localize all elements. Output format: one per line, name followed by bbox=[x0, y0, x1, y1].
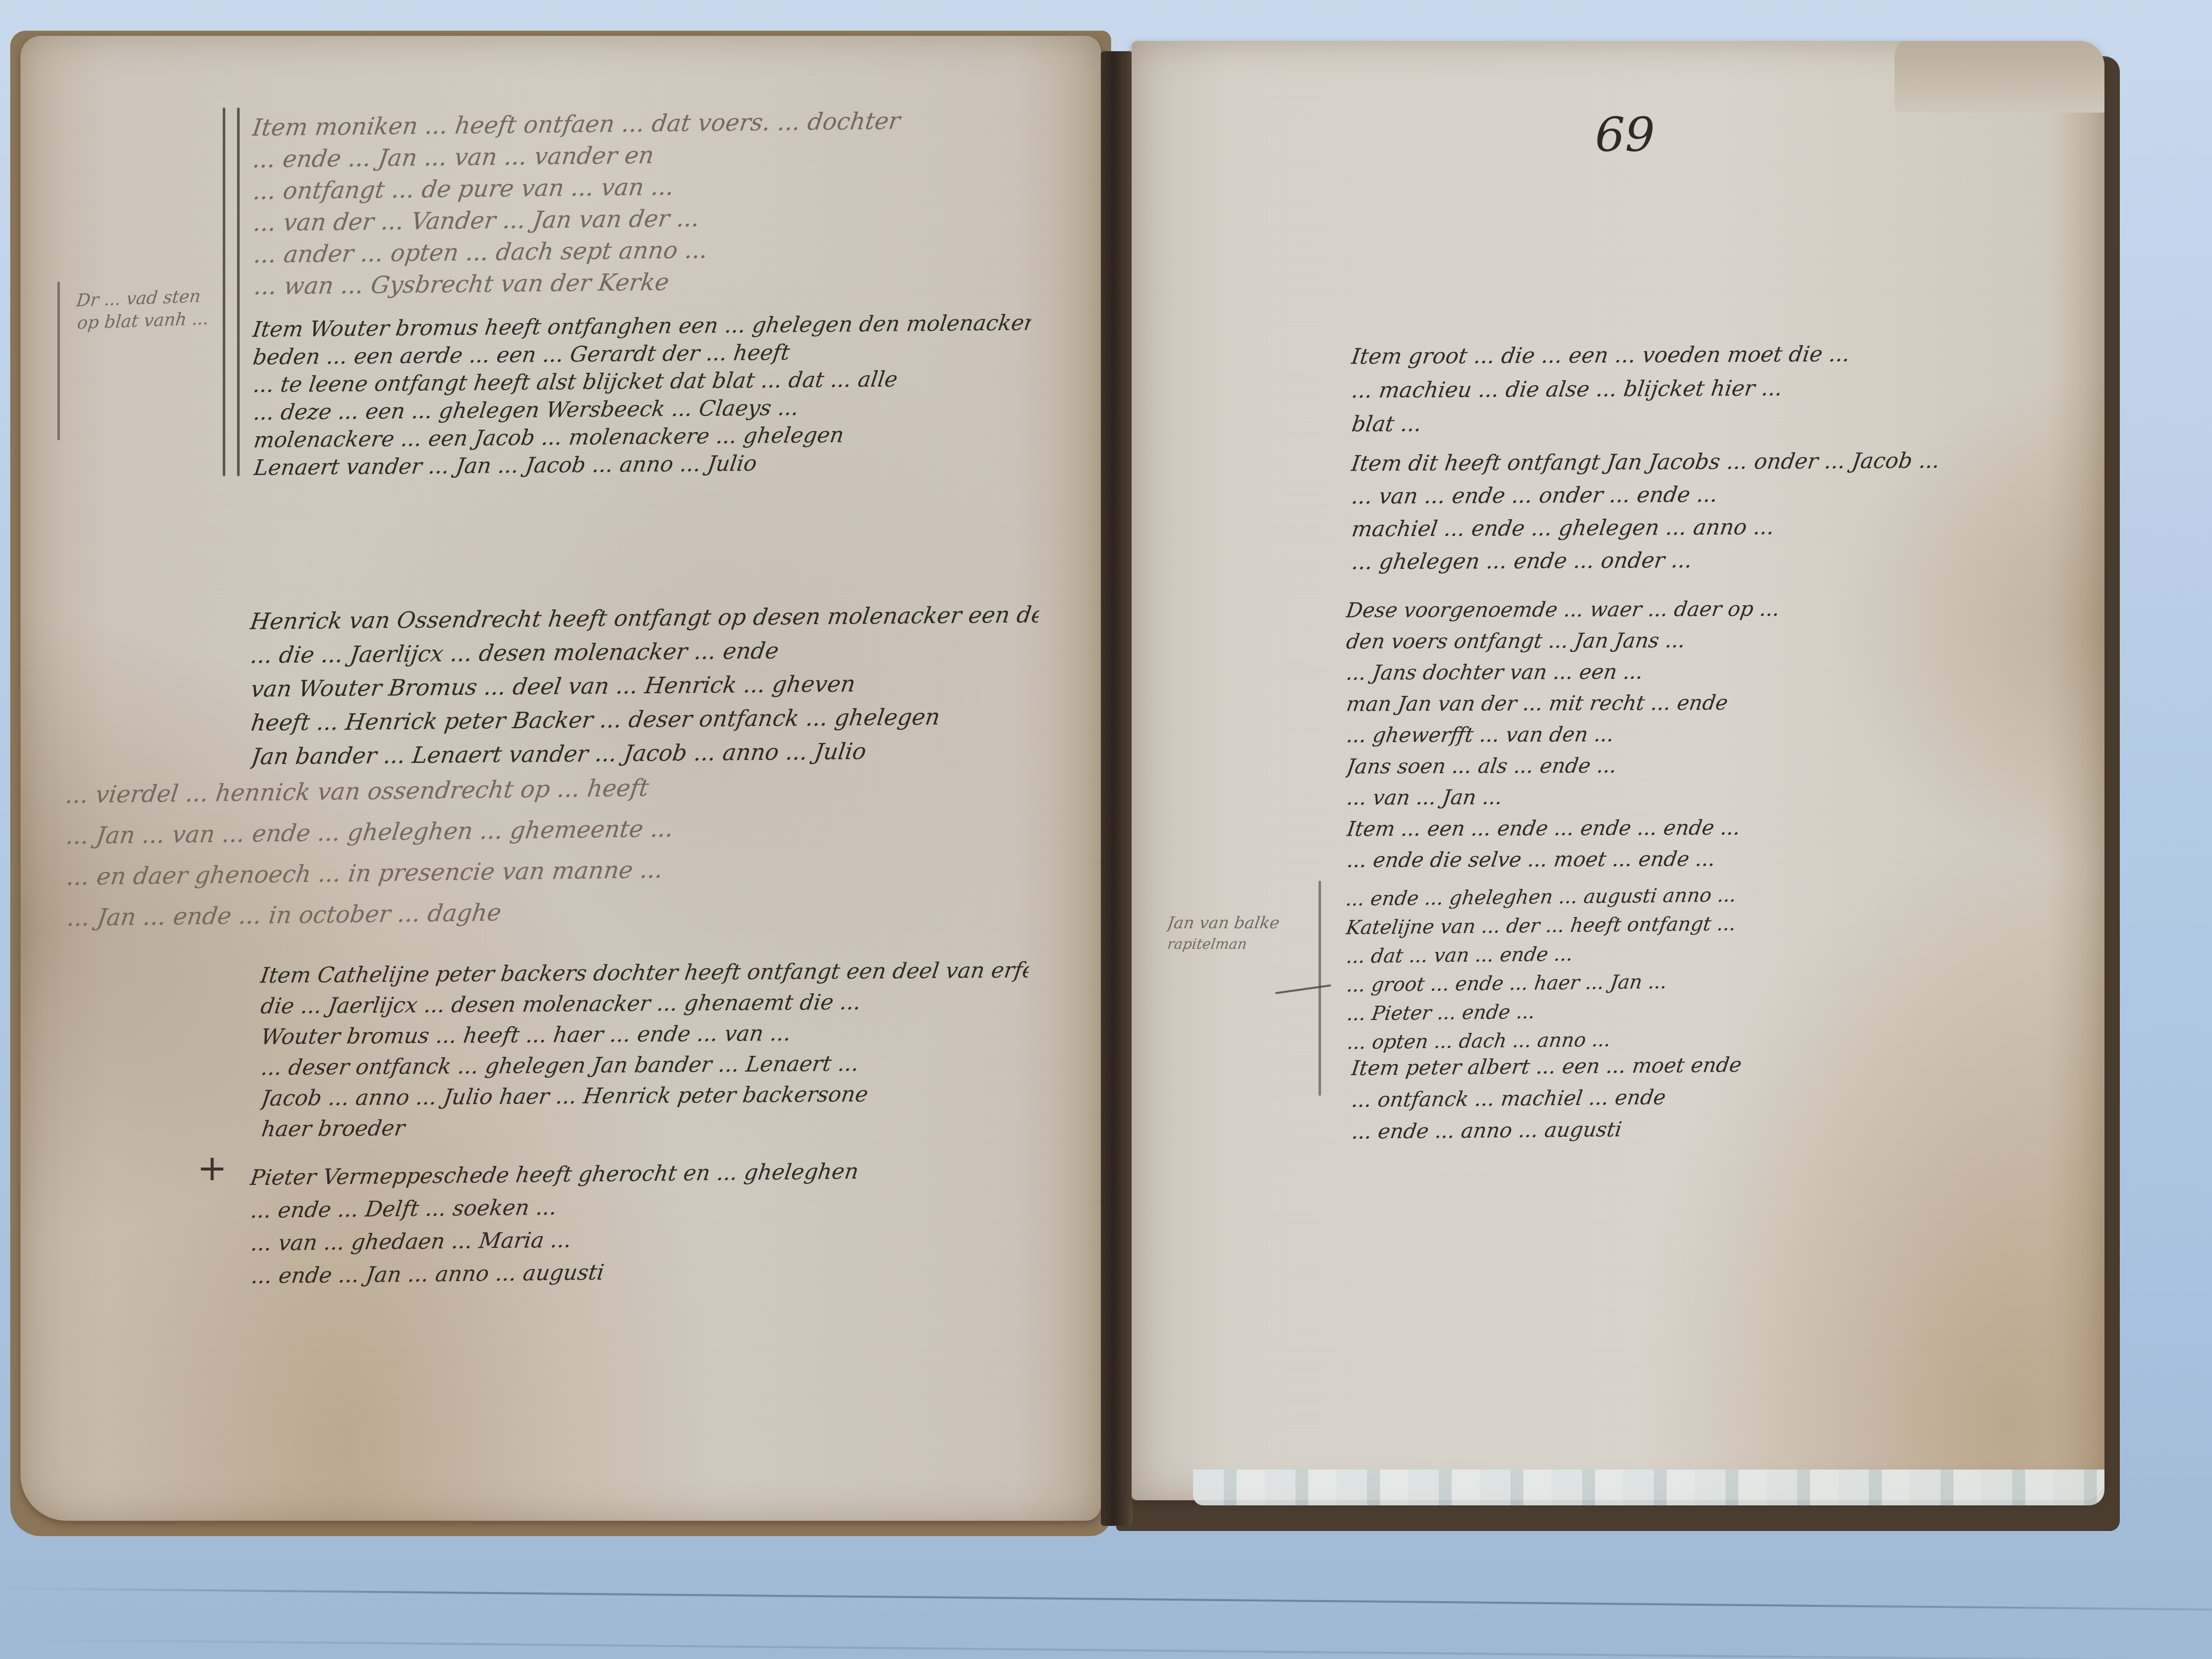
entry-line: Item ... een ... ende ... ende ... ende … bbox=[1345, 811, 2086, 845]
entry-line: Jacob ... anno ... Julio haer ... Henric… bbox=[260, 1078, 1032, 1114]
entry-line: Jans soen ... als ... ende ... bbox=[1345, 749, 2086, 782]
entry-cathelijne: Item Cathelijne peter backers dochter he… bbox=[261, 955, 1030, 1144]
margin-note-line: Jan van balke bbox=[1166, 911, 1317, 934]
torn-page-corner bbox=[1895, 41, 2104, 113]
margin-rule-line bbox=[1318, 881, 1321, 1096]
entry-faded-1: Item moniken ... heeft ontfaen ... dat v… bbox=[252, 103, 1023, 302]
entry-pieter: Pieter Vermeppeschede heeft gherocht en … bbox=[250, 1153, 1051, 1292]
right-page: 69 Item groot ... die ... een ... voeden… bbox=[1132, 41, 2104, 1500]
margin-note-bracket bbox=[57, 282, 60, 440]
entry-line: die ... Jaerlijcx ... desen molenacker .… bbox=[259, 986, 1031, 1022]
left-page: Dr ... vad sten op blat vanh ... Item mo… bbox=[20, 36, 1101, 1521]
entry-line: haer broeder bbox=[260, 1109, 1032, 1145]
entry-line: blat ... bbox=[1350, 403, 2046, 441]
entry-henrick-van-ossendrecht: Henrick van Ossendrecht heeft ontfangt o… bbox=[250, 598, 1040, 774]
right-margin-note: Jan van balke rapitelman bbox=[1167, 911, 1316, 954]
entry-line: ... Jans dochter van ... een ... bbox=[1344, 655, 2086, 689]
entry-line: Dese voorgenoemde ... waer ... daer op .… bbox=[1344, 592, 2086, 626]
entry-line: Item groot ... die ... een ... voeden mo… bbox=[1349, 336, 2045, 373]
margin-bracket-tick bbox=[1275, 984, 1331, 994]
entry-groot: Item groot ... die ... een ... voeden mo… bbox=[1351, 336, 2043, 441]
cross-mark: + bbox=[197, 1147, 227, 1189]
margin-note-line: rapitelman bbox=[1166, 934, 1317, 954]
entry-katelijne: ... ende ... gheleghen ... augusti anno … bbox=[1346, 877, 2085, 1056]
left-margin-note: Dr ... vad sten op blat vanh ... bbox=[76, 284, 231, 334]
entry-line: Wouter bromus ... heeft ... haer ... end… bbox=[259, 1016, 1031, 1053]
entry-line: Item peter albert ... een ... moet ende bbox=[1349, 1047, 2029, 1084]
entry-peter-albert: Item peter albert ... een ... moet ende … bbox=[1351, 1047, 2028, 1148]
entry-line: Item Cathelijne peter backers dochter he… bbox=[259, 955, 1031, 991]
entry-dese-voorgenoemde: Dese voorgenoemde ... waer ... daer op .… bbox=[1346, 592, 2085, 876]
entry-line: ... ontfanck ... machiel ... ende bbox=[1350, 1078, 2030, 1116]
entry-line: Item dit heeft ontfangt Jan Jacobs ... o… bbox=[1349, 443, 2045, 480]
entry-line: machiel ... ende ... ghelegen ... anno .… bbox=[1350, 509, 2046, 545]
book-spine-gutter bbox=[1101, 51, 1133, 1526]
margin-rule-line-inner bbox=[237, 108, 240, 476]
entry-line: ... ghewerfft ... van den ... bbox=[1345, 717, 2086, 751]
torn-page-bottom-edge bbox=[1193, 1470, 2104, 1505]
entry-line: ... van ... ende ... onder ... ende ... bbox=[1350, 476, 2046, 513]
entry-faded-2: ... vierdel ... hennick van ossendrecht … bbox=[66, 762, 1081, 938]
entry-line: ... ende die selve ... moet ... ende ... bbox=[1345, 842, 2087, 876]
folio-number: 69 bbox=[1595, 108, 1655, 162]
backdrop-fold-line bbox=[0, 1587, 2212, 1610]
margin-note-line: op blat vanh ... bbox=[76, 307, 232, 335]
entry-line: ... van ... Jan ... bbox=[1345, 780, 2086, 814]
entry-line: den voers ontfangt ... Jan Jans ... bbox=[1344, 624, 2086, 657]
entry-line: ... ende ... anno ... augusti bbox=[1350, 1110, 2030, 1148]
entry-line: man Jan van der ... mit recht ... ende bbox=[1345, 686, 2086, 720]
entry-wouter-bromus: Item Wouter bromus heeft ontfanghen een … bbox=[253, 309, 1033, 481]
entry-line: ... ghelegen ... ende ... onder ... bbox=[1350, 542, 2046, 578]
entry-line: ... deser ontfanck ... ghelegen Jan band… bbox=[259, 1047, 1031, 1083]
backdrop-fold-line-lower bbox=[0, 1639, 2212, 1659]
entry-jan-jacobs: Item dit heeft ontfangt Jan Jacobs ... o… bbox=[1351, 443, 2043, 578]
entry-line: ... machieu ... die alse ... blijcket hi… bbox=[1350, 370, 2046, 407]
